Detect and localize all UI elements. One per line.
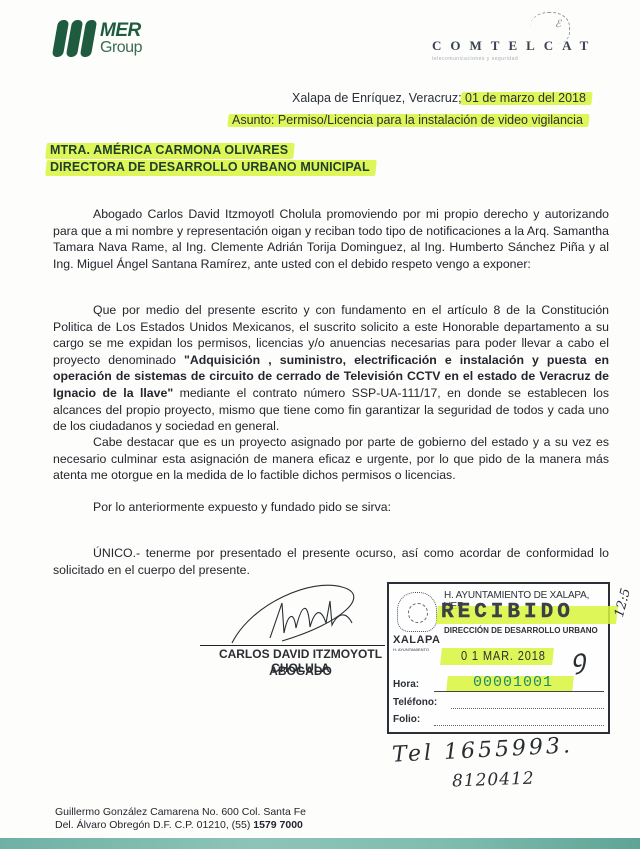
comtelcat-logo: COMTELCAT telecomunicaciones y seguridad (432, 38, 597, 62)
handwritten-phone-2: 8120412 (452, 769, 535, 792)
signature-scribble-icon (222, 583, 382, 645)
recipient-name: MTRA. AMÉRICA CARMONA OLIVARES (50, 143, 288, 157)
subject-text: Asunto: Permiso/Licencia para la instala… (232, 113, 583, 127)
mer-logo-bars-icon (55, 20, 94, 57)
footer-address-line2: Del. Álvaro Obregón D.F. C.P. 01210, (55… (55, 819, 253, 831)
stamp-date: 0 1 MAR. 2018 (461, 648, 546, 663)
footer-address-line1: Guillermo González Camarena No. 600 Col.… (55, 806, 306, 819)
letter-page: MER Group ℰ COMTELCAT telecomunicaciones… (0, 0, 640, 849)
comtelcat-brand: COMTELCAT (432, 38, 597, 54)
handwritten-time: 12:5 (612, 587, 634, 619)
xalapa-crest-icon (397, 592, 437, 632)
paragraph-request: Que por medio del presente escrito y con… (53, 302, 609, 435)
mer-group-logo: MER Group (55, 20, 142, 57)
stamp-department: DIRECCIÓN DE DESARROLLO URBANO (444, 626, 598, 635)
paragraph-intro: Abogado Carlos David Itzmoyotl Cholula p… (53, 206, 609, 272)
date-highlighted: 01 de marzo del 2018 (465, 91, 586, 105)
footer-phone: 1579 7000 (253, 819, 303, 831)
recipient-block: MTRA. AMÉRICA CARMONA OLIVARES DIRECTORA… (50, 142, 370, 176)
place-date-prefix: Xalapa de Enríquez, Veracruz; (292, 91, 465, 105)
handwritten-phone: Tel 1655993. (391, 733, 573, 767)
mer-logo-brand: MER (100, 21, 142, 40)
mer-logo-sub: Group (100, 40, 142, 56)
stamp-hora-label: Hora: (393, 679, 419, 690)
paragraph-closing: Por lo anteriormente expuesto y fundado … (53, 499, 609, 516)
footer-address: Guillermo González Camarena No. 600 Col.… (55, 806, 306, 832)
paragraph-urgency: Cabe destacar que es un proyecto asignad… (53, 434, 609, 484)
stamp-status: RECIBIDO (441, 601, 574, 624)
stamp-telefono-label: Teléfono: (393, 697, 437, 708)
stamp-folio-label: Folio: (393, 714, 420, 725)
signature-line (200, 645, 385, 646)
signer-title: ABOGADO (213, 664, 388, 678)
stamp-hora-value: 00001001 (473, 674, 553, 691)
subject-line: Asunto: Permiso/Licencia para la instala… (232, 113, 583, 127)
place-date: Xalapa de Enríquez, Veracruz; 01 de marz… (292, 91, 586, 105)
comtelcat-tagline: telecomunicaciones y seguridad (432, 56, 597, 62)
paragraph-unico: ÚNICO.- tenerme por presentado el presen… (53, 545, 609, 578)
stamp-city-sub: H. AYUNTAMIENTO (393, 647, 429, 652)
stamp-city: XALAPA (393, 634, 440, 646)
footer-color-band (0, 838, 640, 849)
recipient-title: DIRECTORA DE DESARROLLO URBANO MUNICIPAL (50, 160, 370, 174)
